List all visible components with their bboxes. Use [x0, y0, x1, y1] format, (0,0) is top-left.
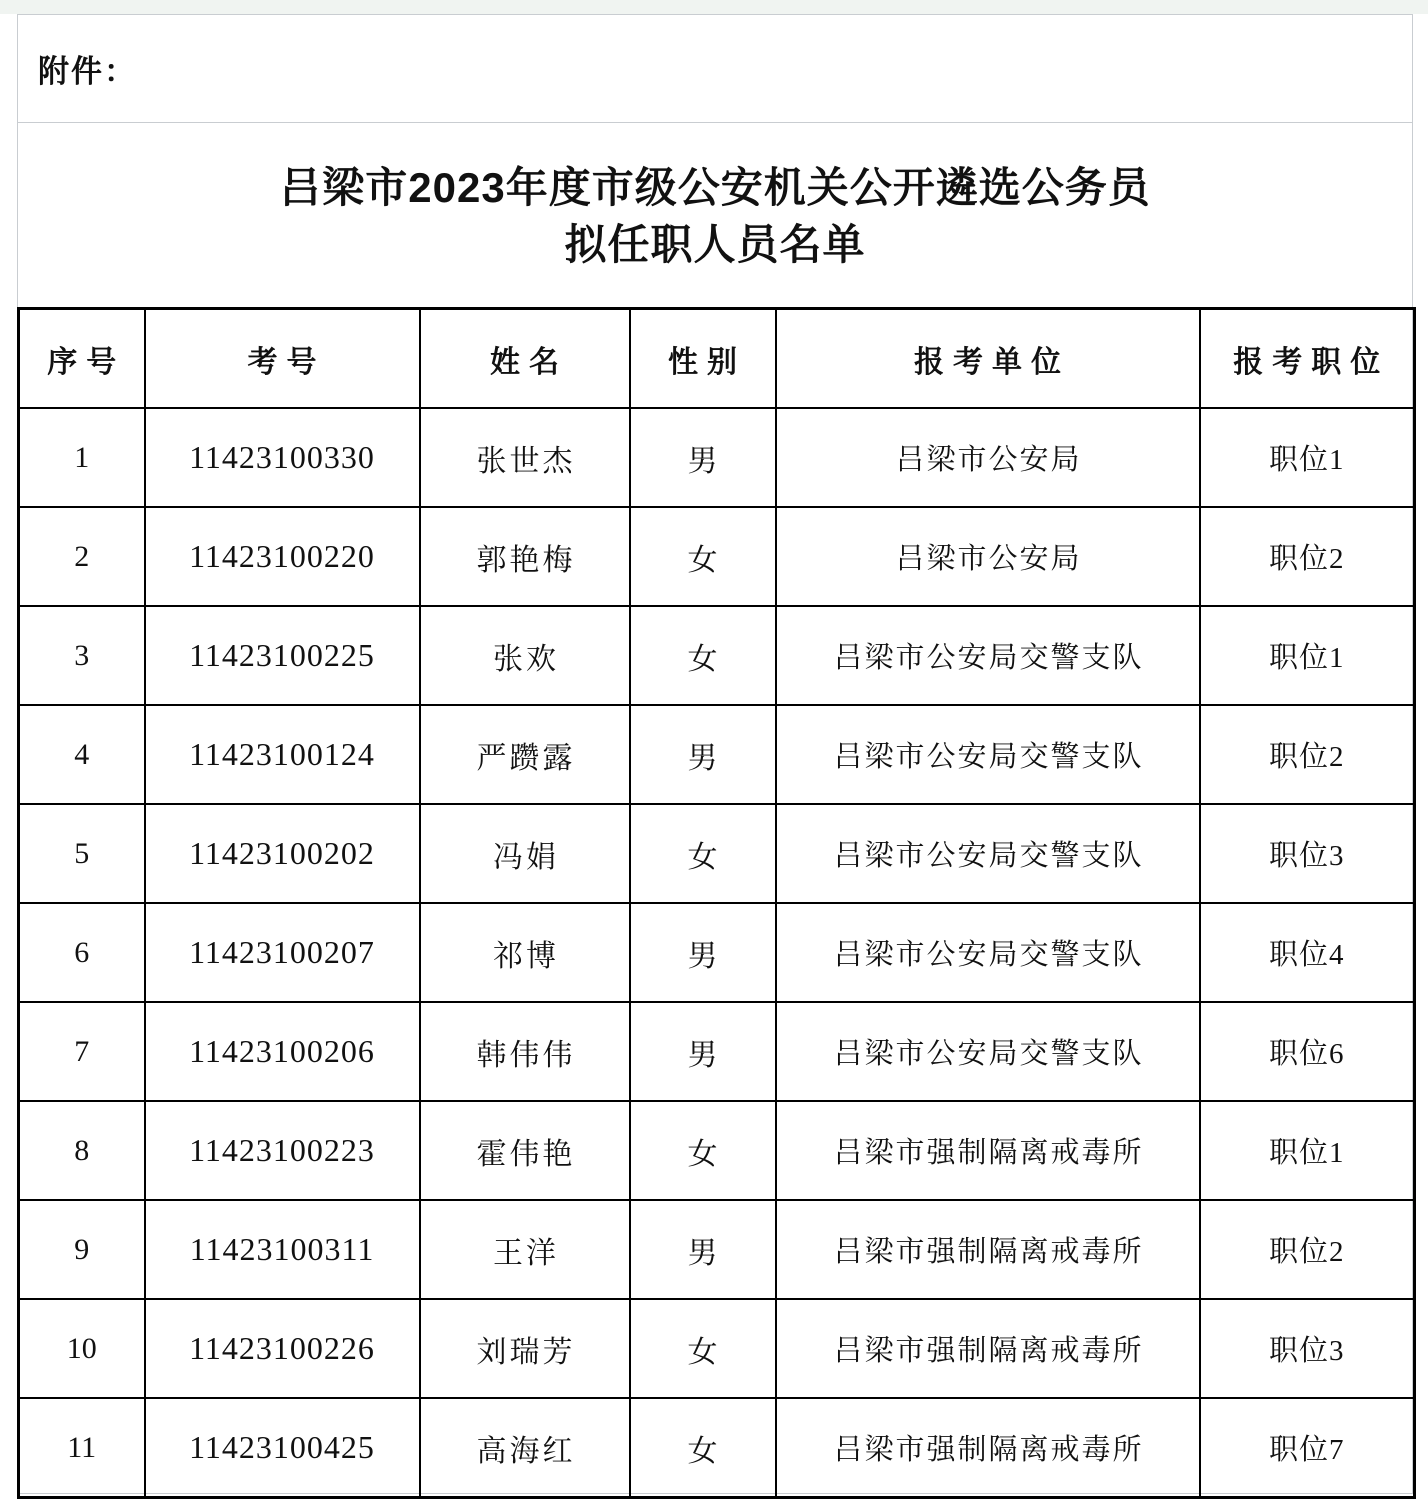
cell-position: 职位3 — [1200, 804, 1415, 903]
table-row: 211423100220郭艳梅女吕梁市公安局职位2 — [19, 507, 1415, 606]
cell-position: 职位2 — [1200, 507, 1415, 606]
table-row: 911423100311王洋男吕梁市强制隔离戒毒所职位2 — [19, 1200, 1415, 1299]
document-title: 吕梁市2023年度市级公安机关公开遴选公务员 拟任职人员名单 — [18, 123, 1412, 307]
column-header-unit: 报考单位 — [776, 309, 1200, 409]
cell-name: 张世杰 — [420, 408, 630, 507]
cell-unit: 吕梁市强制隔离戒毒所 — [776, 1200, 1200, 1299]
cell-exam-number: 11423100220 — [145, 507, 420, 606]
column-header-serial: 序号 — [19, 309, 145, 409]
cell-name: 王洋 — [420, 1200, 630, 1299]
cell-exam-number: 11423100330 — [145, 408, 420, 507]
cell-gender: 女 — [630, 1101, 776, 1200]
cell-serial: 8 — [19, 1101, 145, 1200]
cell-exam-number: 11423100207 — [145, 903, 420, 1002]
table-row: 1111423100425高海红女吕梁市强制隔离戒毒所职位7 — [19, 1398, 1415, 1498]
cell-unit: 吕梁市强制隔离戒毒所 — [776, 1398, 1200, 1498]
cell-exam-number: 11423100223 — [145, 1101, 420, 1200]
cell-exam-number: 11423100226 — [145, 1299, 420, 1398]
cell-unit: 吕梁市公安局交警支队 — [776, 903, 1200, 1002]
cell-name: 严躜露 — [420, 705, 630, 804]
cell-exam-number: 11423100225 — [145, 606, 420, 705]
table-row: 1011423100226刘瑞芳女吕梁市强制隔离戒毒所职位3 — [19, 1299, 1415, 1398]
cell-name: 张欢 — [420, 606, 630, 705]
table-row: 611423100207祁博男吕梁市公安局交警支队职位4 — [19, 903, 1415, 1002]
cell-unit: 吕梁市公安局 — [776, 408, 1200, 507]
cell-unit: 吕梁市强制隔离戒毒所 — [776, 1299, 1200, 1398]
cell-unit: 吕梁市强制隔离戒毒所 — [776, 1101, 1200, 1200]
cell-gender: 男 — [630, 408, 776, 507]
attachment-row: 附件： — [18, 15, 1412, 123]
cell-name: 高海红 — [420, 1398, 630, 1498]
roster-table: 序号 考号 姓名 性别 报考单位 报考职位 111423100330张世杰男吕梁… — [17, 307, 1416, 1499]
column-header-position: 报考职位 — [1200, 309, 1415, 409]
cell-position: 职位1 — [1200, 1101, 1415, 1200]
cell-unit: 吕梁市公安局 — [776, 507, 1200, 606]
cell-serial: 7 — [19, 1002, 145, 1101]
table-row: 111423100330张世杰男吕梁市公安局职位1 — [19, 408, 1415, 507]
cell-position: 职位7 — [1200, 1398, 1415, 1498]
cell-gender: 女 — [630, 1398, 776, 1498]
table-header-row: 序号 考号 姓名 性别 报考单位 报考职位 — [19, 309, 1415, 409]
cell-name: 冯娟 — [420, 804, 630, 903]
document-card: 附件： 吕梁市2023年度市级公安机关公开遴选公务员 拟任职人员名单 序号 考号… — [17, 14, 1413, 1494]
cell-position: 职位2 — [1200, 1200, 1415, 1299]
table-body: 111423100330张世杰男吕梁市公安局职位1211423100220郭艳梅… — [19, 408, 1415, 1498]
title-line-1: 吕梁市2023年度市级公安机关公开遴选公务员 — [18, 159, 1412, 216]
attachment-label: 附件： — [38, 46, 137, 91]
cell-serial: 6 — [19, 903, 145, 1002]
table-row: 711423100206韩伟伟男吕梁市公安局交警支队职位6 — [19, 1002, 1415, 1101]
cell-unit: 吕梁市公安局交警支队 — [776, 705, 1200, 804]
cell-gender: 女 — [630, 1299, 776, 1398]
cell-position: 职位3 — [1200, 1299, 1415, 1398]
cell-unit: 吕梁市公安局交警支队 — [776, 804, 1200, 903]
cell-serial: 11 — [19, 1398, 145, 1498]
cell-unit: 吕梁市公安局交警支队 — [776, 606, 1200, 705]
cell-name: 祁博 — [420, 903, 630, 1002]
cell-gender: 女 — [630, 507, 776, 606]
cell-position: 职位6 — [1200, 1002, 1415, 1101]
cell-unit: 吕梁市公安局交警支队 — [776, 1002, 1200, 1101]
cell-name: 霍伟艳 — [420, 1101, 630, 1200]
cell-serial: 10 — [19, 1299, 145, 1398]
table-row: 511423100202冯娟女吕梁市公安局交警支队职位3 — [19, 804, 1415, 903]
cell-exam-number: 11423100124 — [145, 705, 420, 804]
column-header-gender: 性别 — [630, 309, 776, 409]
cell-position: 职位1 — [1200, 606, 1415, 705]
cell-serial: 5 — [19, 804, 145, 903]
table-row: 311423100225张欢女吕梁市公安局交警支队职位1 — [19, 606, 1415, 705]
title-line-2: 拟任职人员名单 — [18, 216, 1412, 273]
cell-name: 刘瑞芳 — [420, 1299, 630, 1398]
cell-serial: 2 — [19, 507, 145, 606]
page-top-strip — [0, 0, 1428, 14]
cell-exam-number: 11423100425 — [145, 1398, 420, 1498]
cell-serial: 3 — [19, 606, 145, 705]
column-header-name: 姓名 — [420, 309, 630, 409]
cell-position: 职位4 — [1200, 903, 1415, 1002]
cell-gender: 男 — [630, 1002, 776, 1101]
cell-exam-number: 11423100311 — [145, 1200, 420, 1299]
cell-gender: 男 — [630, 1200, 776, 1299]
cell-exam-number: 11423100206 — [145, 1002, 420, 1101]
cell-gender: 男 — [630, 903, 776, 1002]
table-row: 411423100124严躜露男吕梁市公安局交警支队职位2 — [19, 705, 1415, 804]
cell-serial: 4 — [19, 705, 145, 804]
table-row: 811423100223霍伟艳女吕梁市强制隔离戒毒所职位1 — [19, 1101, 1415, 1200]
cell-position: 职位1 — [1200, 408, 1415, 507]
cell-name: 韩伟伟 — [420, 1002, 630, 1101]
cell-exam-number: 11423100202 — [145, 804, 420, 903]
cell-gender: 女 — [630, 606, 776, 705]
cell-serial: 1 — [19, 408, 145, 507]
cell-name: 郭艳梅 — [420, 507, 630, 606]
cell-position: 职位2 — [1200, 705, 1415, 804]
cell-gender: 女 — [630, 804, 776, 903]
cell-gender: 男 — [630, 705, 776, 804]
cell-serial: 9 — [19, 1200, 145, 1299]
column-header-exam: 考号 — [145, 309, 420, 409]
